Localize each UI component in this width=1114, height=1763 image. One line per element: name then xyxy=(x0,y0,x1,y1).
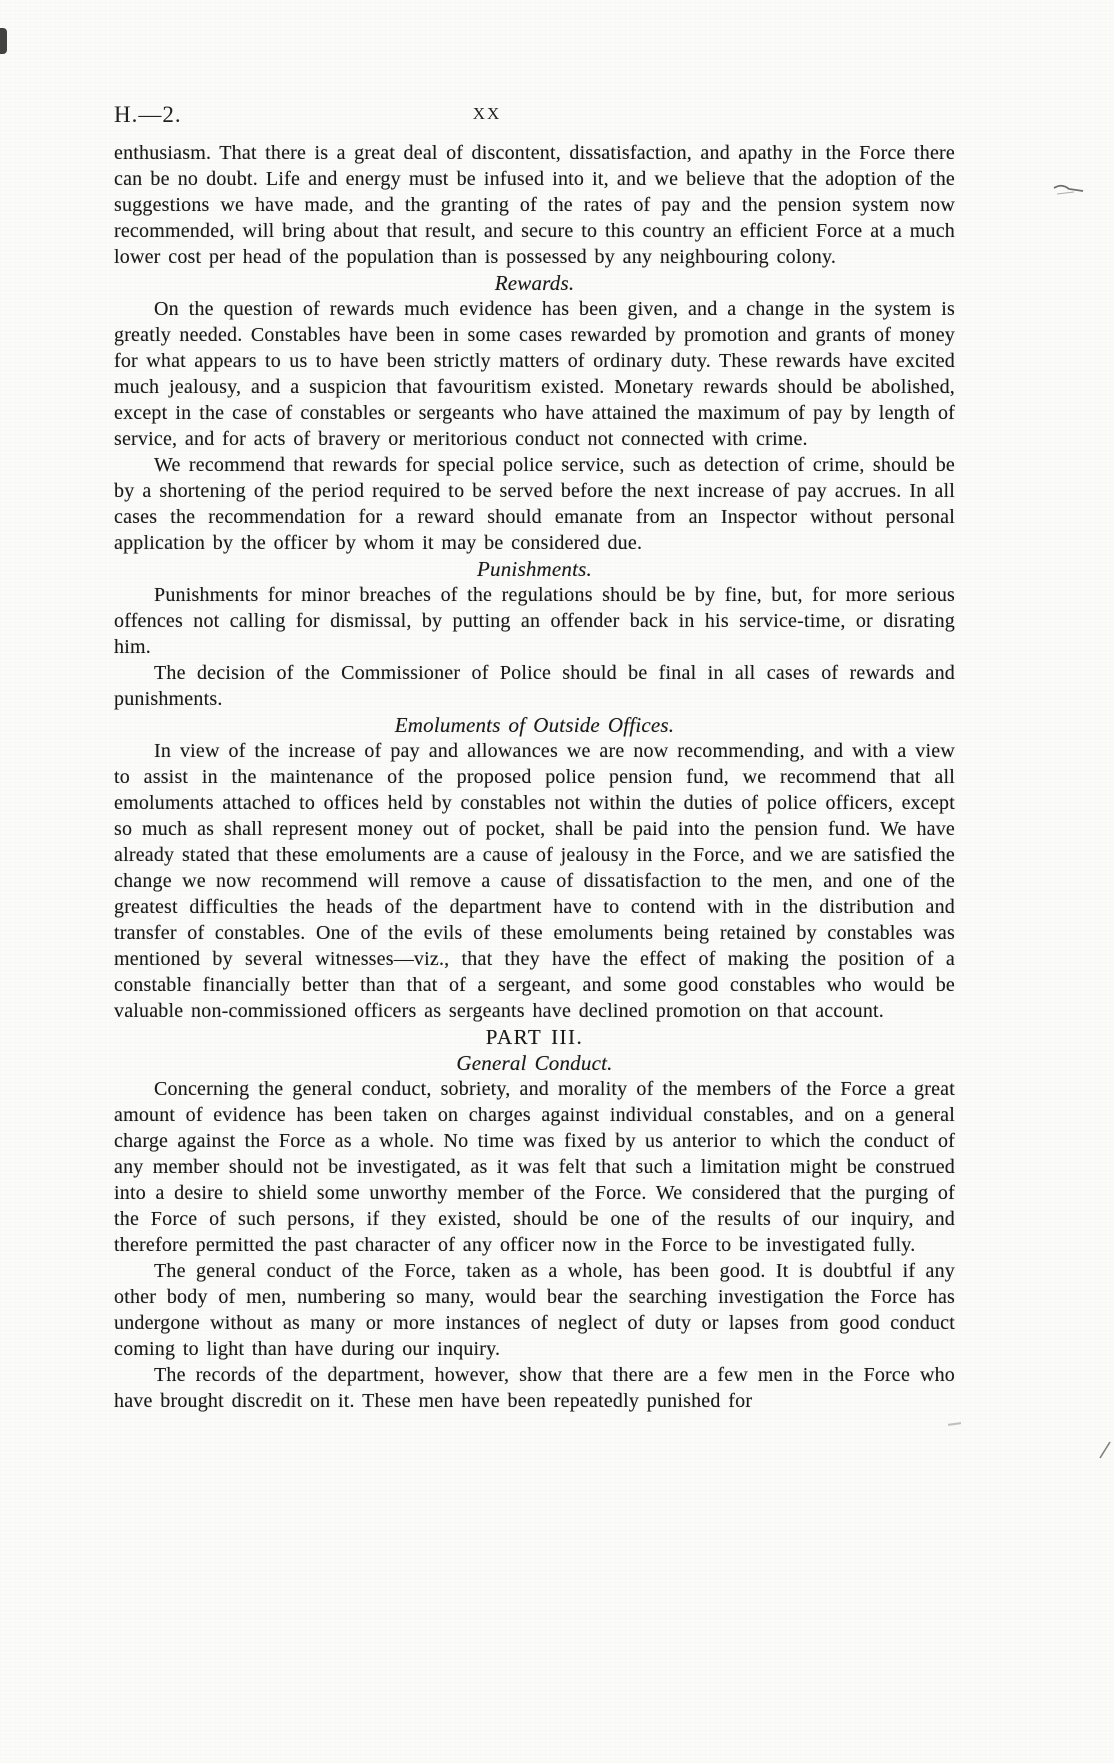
heading-part-iii: PART III. xyxy=(114,1024,955,1050)
paragraph-emoluments: In view of the increase of pay and allow… xyxy=(114,738,955,1024)
scanned-document-page: H.—2. XX enthusiasm. That there is a gre… xyxy=(0,0,1114,1763)
faint-pencil-dash xyxy=(948,1422,961,1426)
paragraph-general-conduct-3: The records of the department, however, … xyxy=(114,1362,955,1414)
heading-emoluments: Emoluments of Outside Offices. xyxy=(114,712,955,738)
heading-rewards: Rewards. xyxy=(114,270,955,296)
paragraph-punishments-2: The decision of the Commissioner of Poli… xyxy=(114,660,955,712)
heading-general-conduct: General Conduct. xyxy=(114,1050,955,1076)
paragraph-general-conduct-2: The general conduct of the Force, taken … xyxy=(114,1258,955,1362)
text-column: enthusiasm. That there is a great deal o… xyxy=(114,140,955,1414)
heading-punishments: Punishments. xyxy=(114,556,955,582)
paragraph-rewards-1: On the question of rewards much evidence… xyxy=(114,296,955,452)
scan-edge-nick xyxy=(0,28,7,54)
document-reference: H.—2. xyxy=(114,102,182,128)
paragraph-punishments-1: Punishments for minor breaches of the re… xyxy=(114,582,955,660)
paragraph-general-conduct-1: Concerning the general conduct, sobriety… xyxy=(114,1076,955,1258)
paragraph-continuation-enthusiasm: enthusiasm. That there is a great deal o… xyxy=(114,140,955,270)
paragraph-rewards-2: We recommend that rewards for special po… xyxy=(114,452,955,556)
page-number: XX xyxy=(437,104,537,124)
ink-smudge-mark xyxy=(1052,181,1088,206)
pencil-slash-mark xyxy=(1098,1440,1112,1465)
